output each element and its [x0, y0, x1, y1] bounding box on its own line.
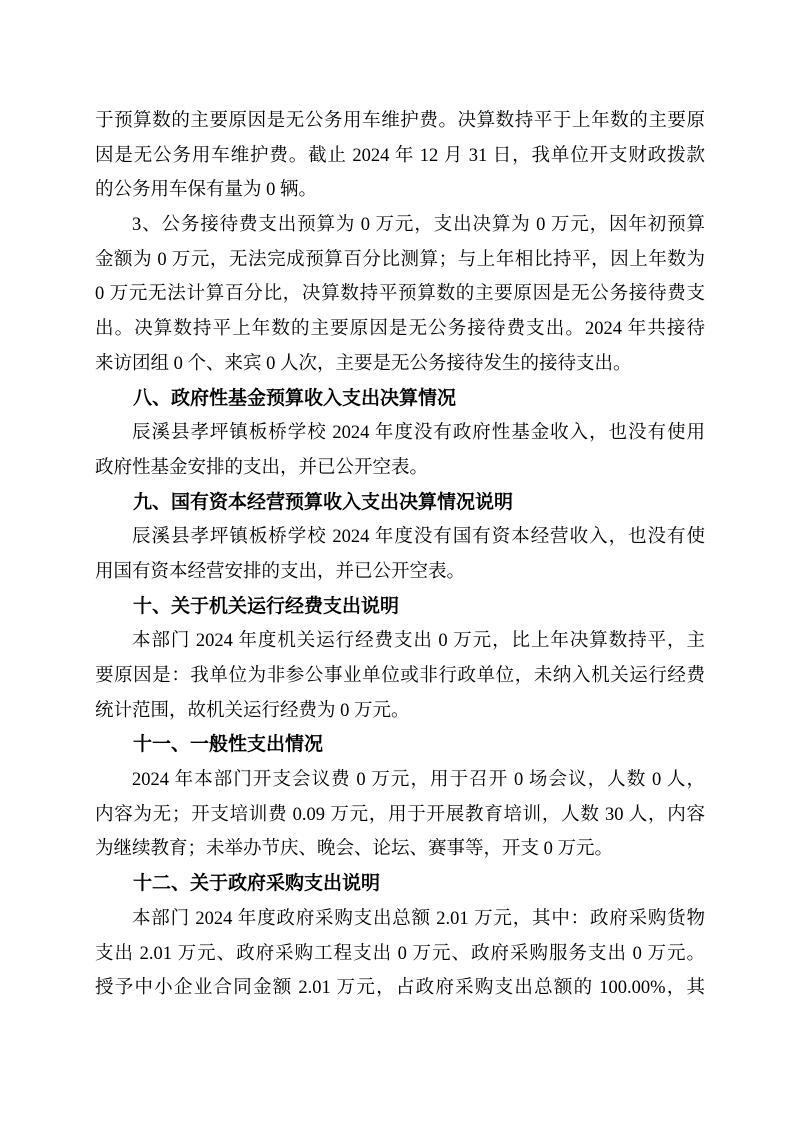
paragraph-line: 因是无公务用车维护费。截止 2024 年 12 月 31 日，我单位开支财政拨款 — [95, 139, 705, 174]
section-heading: 十二、关于政府采购支出说明 — [95, 867, 705, 902]
heading-text: 十、关于机关运行经费支出说明 — [95, 590, 705, 625]
body-paragraph: 3、公务接待费支出预算为 0 万元，支出决算为 0 万元，因年初预算金额为 0 … — [95, 208, 705, 381]
paragraph-line: 2024 年本部门开支会议费 0 万元，用于召开 0 场会议，人数 0 人， — [95, 763, 705, 798]
paragraph-line: 辰溪县孝坪镇板桥学校 2024 年度没有国有资本经营收入，也没有使 — [95, 520, 705, 555]
paragraph-line: 政府性基金安排的支出，并已公开空表。 — [95, 451, 705, 486]
heading-text: 八、政府性基金预算收入支出决算情况 — [95, 382, 705, 417]
document-page: 于预算数的主要原因是无公务用车维护费。决算数持平于上年数的主要原因是无公务用车维… — [0, 0, 793, 1122]
paragraph-line: 辰溪县孝坪镇板桥学校 2024 年度没有政府性基金收入，也没有使用 — [95, 416, 705, 451]
body-paragraph: 辰溪县孝坪镇板桥学校 2024 年度没有国有资本经营收入，也没有使用国有资本经营… — [95, 520, 705, 589]
paragraph-line: 出。决算数持平上年数的主要原因是无公务接待费支出。2024 年共接待 — [95, 312, 705, 347]
body-paragraph: 于预算数的主要原因是无公务用车维护费。决算数持平于上年数的主要原因是无公务用车维… — [95, 104, 705, 208]
paragraph-line: 来访团组 0 个、来宾 0 人次，主要是无公务接待发生的接待支出。 — [95, 347, 705, 382]
paragraph-line: 内容为无；开支培训费 0.09 万元，用于开展教育培训，人数 30 人，内容 — [95, 798, 705, 833]
paragraph-line: 统计范围，故机关运行经费为 0 万元。 — [95, 694, 705, 729]
body-paragraph: 本部门 2024 年度政府采购支出总额 2.01 万元，其中：政府采购货物支出 … — [95, 902, 705, 1006]
paragraph-line: 的公务用车保有量为 0 辆。 — [95, 173, 705, 208]
paragraph-line: 3、公务接待费支出预算为 0 万元，支出决算为 0 万元，因年初预算 — [95, 208, 705, 243]
body-paragraph: 2024 年本部门开支会议费 0 万元，用于召开 0 场会议，人数 0 人，内容… — [95, 763, 705, 867]
paragraph-line: 用国有资本经营安排的支出，并已公开空表。 — [95, 555, 705, 590]
document-body: 于预算数的主要原因是无公务用车维护费。决算数持平于上年数的主要原因是无公务用车维… — [95, 104, 705, 1006]
heading-text: 十一、一般性支出情况 — [95, 728, 705, 763]
paragraph-line: 要原因是：我单位为非参公事业单位或非行政单位，未纳入机关运行经费 — [95, 659, 705, 694]
paragraph-line: 金额为 0 万元，无法完成预算百分比测算；与上年相比持平，因上年数为 — [95, 243, 705, 278]
heading-text: 十二、关于政府采购支出说明 — [95, 867, 705, 902]
section-heading: 十、关于机关运行经费支出说明 — [95, 590, 705, 625]
paragraph-line: 为继续教育；未举办节庆、晚会、论坛、赛事等，开支 0 万元。 — [95, 832, 705, 867]
paragraph-line: 于预算数的主要原因是无公务用车维护费。决算数持平于上年数的主要原 — [95, 104, 705, 139]
paragraph-line: 支出 2.01 万元、政府采购工程支出 0 万元、政府采购服务支出 0 万元。 — [95, 937, 705, 972]
paragraph-line: 本部门 2024 年度政府采购支出总额 2.01 万元，其中：政府采购货物 — [95, 902, 705, 937]
body-paragraph: 本部门 2024 年度机关运行经费支出 0 万元，比上年决算数持平，主要原因是：… — [95, 624, 705, 728]
section-heading: 九、国有资本经营预算收入支出决算情况说明 — [95, 486, 705, 521]
paragraph-line: 本部门 2024 年度机关运行经费支出 0 万元，比上年决算数持平，主 — [95, 624, 705, 659]
section-heading: 十一、一般性支出情况 — [95, 728, 705, 763]
body-paragraph: 辰溪县孝坪镇板桥学校 2024 年度没有政府性基金收入，也没有使用政府性基金安排… — [95, 416, 705, 485]
paragraph-line: 授予中小企业合同金额 2.01 万元，占政府采购支出总额的 100.00%，其 — [95, 971, 705, 1006]
heading-text: 九、国有资本经营预算收入支出决算情况说明 — [95, 486, 705, 521]
section-heading: 八、政府性基金预算收入支出决算情况 — [95, 382, 705, 417]
paragraph-line: 0 万元无法计算百分比，决算数持平预算数的主要原因是无公务接待费支 — [95, 277, 705, 312]
